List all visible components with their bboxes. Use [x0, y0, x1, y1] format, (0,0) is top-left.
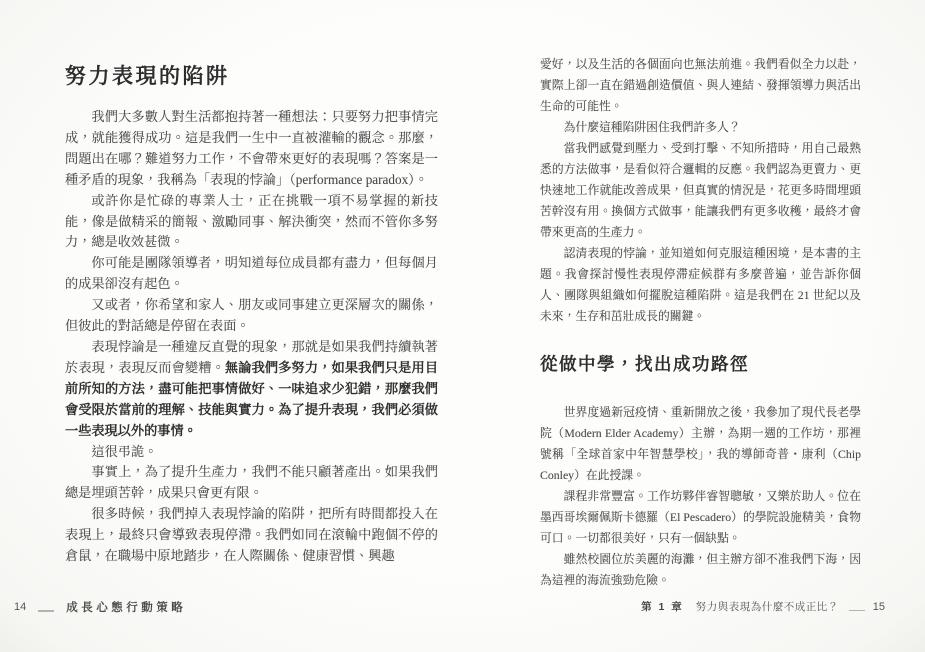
chapter-label: 第 1 章 [641, 599, 684, 614]
text-segment: 為什麼這種陷阱困住我們許多人？ [564, 120, 741, 134]
book-title: 成長心態行動策略 [66, 599, 186, 615]
right-page-body-top: 愛好，以及生活的各個面向也無法前進。我們看似全力以赴，實際上卻一直在錯過創造價值… [540, 54, 861, 327]
text-segment: 課程非常豐富。工作坊夥伴睿智聰敏，又樂於助人。位在墨西哥埃爾佩斯卡德羅（El P… [540, 489, 861, 545]
text-segment: 你可能是團隊領導者，明知道每位成員都有盡力，但每個月的成果卻沒有起色。 [65, 255, 438, 291]
paragraph: 很多時候，我們掉入表現悖論的陷阱，把所有時間都投入在表現上，最終只會導致表現停滯… [65, 504, 438, 567]
text-segment: 世界度過新冠疫情、重新開放之後，我參加了現代長老學院（Modern Elder … [540, 405, 861, 482]
paragraph: 或許你是忙碌的專業人士，正在挑戰一項不易掌握的新技能，像是做精采的簡報、激勵同事… [65, 191, 438, 254]
right-page-body-bottom: 世界度過新冠疫情、重新開放之後，我參加了現代長老學院（Modern Elder … [540, 402, 861, 591]
paragraph: 愛好，以及生活的各個面向也無法前進。我們看似全力以赴，實際上卻一直在錯過創造價值… [540, 54, 861, 117]
footer-rule [38, 610, 54, 612]
paragraph: 為什麼這種陷阱困住我們許多人？ [540, 117, 861, 138]
paragraph: 表現悖論是一種違反直覺的現象，那就是如果我們持續執著於表現，表現反而會變糟。無論… [65, 337, 438, 442]
text-segment: 愛好，以及生活的各個面向也無法前進。我們看似全力以赴，實際上卻一直在錯過創造價值… [540, 57, 861, 113]
left-page: 努力表現的陷阱 我們大多數人對生活都抱持著一種想法：只要努力把事情完成，就能獲得… [65, 60, 438, 567]
paragraph: 事實上，為了提升生產力，我們不能只顧著產出。如果我們總是埋頭苦幹，成果只會更有限… [65, 462, 438, 504]
text-segment: 雖然校園位於美麗的海灘，但主辦方卻不准我們下海，因為這裡的海流強勁危險。 [540, 552, 861, 587]
footer-rule [849, 610, 865, 612]
right-page-heading: 從做中學，找出成功路徑 [540, 351, 861, 376]
text-segment: 事實上，為了提升生產力，我們不能只顧著產出。如果我們總是埋頭苦幹，成果只會更有限… [65, 464, 438, 500]
text-segment: 或許你是忙碌的專業人士，正在挑戰一項不易掌握的新技能，像是做精采的簡報、激勵同事… [65, 193, 438, 250]
text-segment: 當我們感覺到壓力、受到打擊、不知所措時，用自己最熟悉的方法做事，是看似符合邏輯的… [540, 141, 861, 239]
chapter-title: 努力與表現為什麼不成正比？ [696, 599, 839, 614]
paragraph: 雖然校園位於美麗的海灘，但主辦方卻不准我們下海，因為這裡的海流強勁危險。 [540, 549, 861, 591]
text-segment: 很多時候，我們掉入表現悖論的陷阱，把所有時間都投入在表現上，最終只會導致表現停滯… [65, 506, 438, 563]
paragraph: 課程非常豐富。工作坊夥伴睿智聰敏，又樂於助人。位在墨西哥埃爾佩斯卡德羅（El P… [540, 486, 861, 549]
right-page-number: 15 [873, 601, 885, 613]
left-page-body: 我們大多數人對生活都抱持著一種想法：只要努力把事情完成，就能獲得成功。這是我們一… [65, 107, 438, 567]
text-segment: 又或者，你希望和家人、朋友或同事建立更深層次的關係，但彼此的對話總是停留在表面。 [65, 297, 438, 333]
paragraph: 又或者，你希望和家人、朋友或同事建立更深層次的關係，但彼此的對話總是停留在表面。 [65, 295, 438, 337]
book-spread: 努力表現的陷阱 我們大多數人對生活都抱持著一種想法：只要努力把事情完成，就能獲得… [0, 0, 925, 652]
paragraph: 你可能是團隊領導者，明知道每位成員都有盡力，但每個月的成果卻沒有起色。 [65, 253, 438, 295]
paragraph: 認清表現的悖論，並知道如何克服這種困境，是本書的主題。我會探討慢性表現停滯症候群… [540, 243, 861, 327]
right-page: 愛好，以及生活的各個面向也無法前進。我們看似全力以赴，實際上卻一直在錯過創造價值… [540, 54, 861, 591]
left-page-heading: 努力表現的陷阱 [65, 60, 438, 90]
left-page-footer: 14 成長心態行動策略 [14, 599, 186, 615]
paragraph: 我們大多數人對生活都抱持著一種想法：只要努力把事情完成，就能獲得成功。這是我們一… [65, 107, 438, 191]
paragraph: 世界度過新冠疫情、重新開放之後，我參加了現代長老學院（Modern Elder … [540, 402, 861, 486]
text-segment: 認清表現的悖論，並知道如何克服這種困境，是本書的主題。我會探討慢性表現停滯症候群… [540, 246, 861, 323]
paragraph: 當我們感覺到壓力、受到打擊、不知所措時，用自己最熟悉的方法做事，是看似符合邏輯的… [540, 138, 861, 243]
text-segment: 我們大多數人對生活都抱持著一種想法：只要努力把事情完成，就能獲得成功。這是我們一… [65, 109, 438, 187]
text-segment: 這很弔詭。 [91, 444, 157, 459]
right-page-footer: 第 1 章 努力與表現為什麼不成正比？ 15 [641, 599, 885, 614]
paragraph: 這很弔詭。 [65, 442, 438, 463]
left-page-number: 14 [14, 601, 26, 613]
